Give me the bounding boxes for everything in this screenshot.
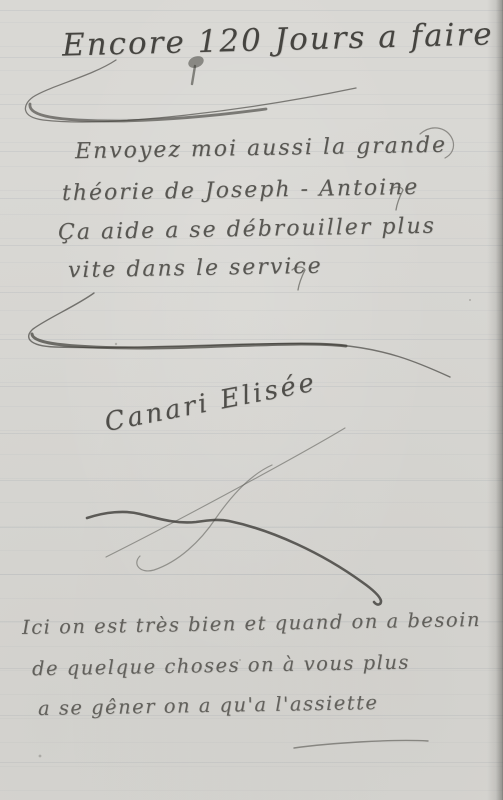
scanned-letter-page: Encore 120 Jours a faire Envoyez moi aus… <box>0 0 503 800</box>
dust-specks <box>39 299 471 757</box>
request-line-1: Envoyez moi aussi la grande <box>75 133 447 164</box>
request-line-4: vite dans le service <box>68 254 323 283</box>
request-line-3: Ça aide a se débrouiller plus <box>58 214 436 246</box>
signature-name: Canari Elisée <box>102 367 319 438</box>
page-edge-shadow <box>487 0 503 800</box>
title-line: Encore 120 Jours a faire <box>62 16 494 63</box>
assiette-underline <box>294 740 428 748</box>
request-line-2: théorie de Joseph - Antoine <box>62 175 420 206</box>
closing-line-2: de quelque choses on à vous plus <box>32 651 410 681</box>
closing-line-1: Ici on est très bien et quand on a besoi… <box>22 608 481 639</box>
title-underline-flourish <box>25 60 356 122</box>
signature-paraph <box>87 428 381 605</box>
closing-line-3: a se gêner on a qu'a l'assiette <box>38 691 379 720</box>
divider-flourish <box>29 293 450 377</box>
